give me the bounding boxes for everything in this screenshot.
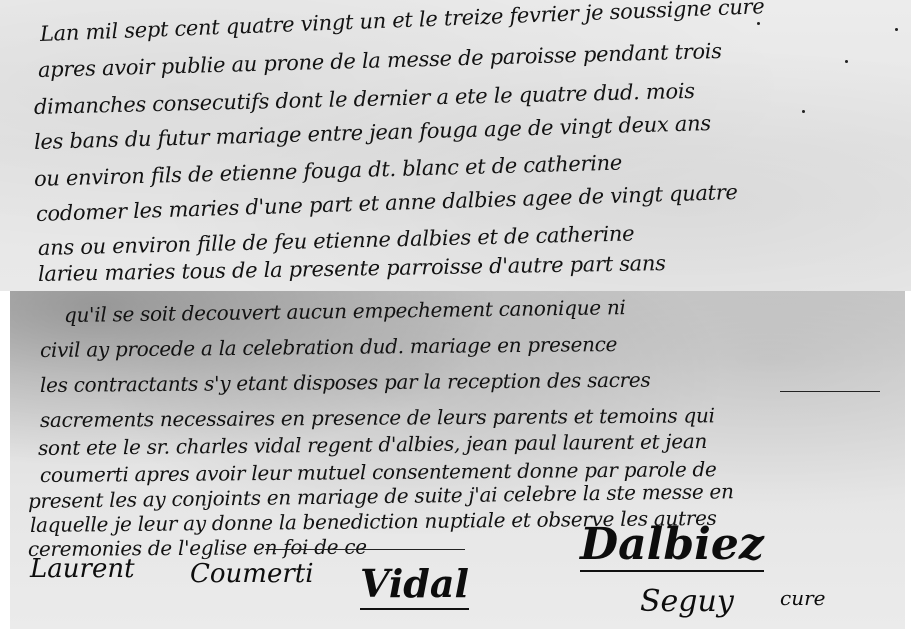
handwritten-line: Lan mil sept cent quatre vingt un et le … (40, 0, 765, 46)
ink-speck (895, 28, 898, 31)
signature-seguy: Seguy (640, 584, 734, 619)
handwritten-line: ou environ fils de etienne fouga dt. bla… (34, 151, 623, 191)
handwritten-line: dimanches consecutifs dont le dernier a … (34, 79, 695, 119)
signature-dalbiez: Dalbiez (580, 519, 764, 572)
filler-line (780, 391, 880, 392)
signature-title-cure: cure (780, 586, 825, 610)
handwritten-line: apres avoir publie au prone de la messe … (38, 39, 722, 82)
handwritten-line: les contractants s'y etant disposes par … (40, 368, 651, 397)
signature-coumerti: Coumerti (190, 559, 314, 589)
handwritten-line: sacrements necessaires en presence de le… (40, 403, 715, 432)
ink-speck (802, 110, 805, 113)
signature-laurent: Laurent (30, 554, 135, 584)
ink-speck (845, 60, 848, 63)
handwritten-line: qu'il se soit decouvert aucun empechemen… (64, 295, 626, 327)
handwritten-line: civil ay procede a la celebration dud. m… (40, 332, 617, 362)
filler-line (265, 549, 465, 550)
document-fragment-bottom: qu'il se soit decouvert aucun empechemen… (10, 291, 905, 629)
document-fragment-top: Lan mil sept cent quatre vingt un et le … (0, 0, 911, 291)
ink-speck (757, 22, 760, 25)
handwritten-line: les bans du futur mariage entre jean fou… (34, 111, 711, 154)
signature-vidal: Vidal (360, 561, 469, 610)
handwritten-line: sont ete le sr. charles vidal regent d'a… (38, 429, 707, 460)
